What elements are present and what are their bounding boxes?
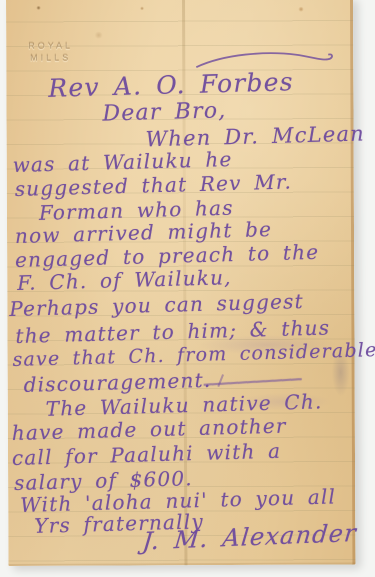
letter-line-salutation: Dear Bro, [102, 98, 227, 126]
stamp-line-2: MILLS [28, 52, 73, 64]
scanned-letter-page: ROYAL MILLS Rev A. O. Forbes Dear Bro, W… [0, 0, 375, 577]
embossed-stamp: ROYAL MILLS [28, 40, 73, 64]
foxing-stain [298, 7, 304, 12]
letter-paper: ROYAL MILLS Rev A. O. Forbes Dear Bro, W… [6, 0, 355, 566]
foxing-stain [140, 6, 144, 10]
stamp-line-1: ROYAL [28, 40, 73, 52]
letter-line: When Dr. McLean [145, 121, 365, 151]
letter-line: F. Ch. of Wailuku, [17, 265, 232, 295]
ink-tick-mark [217, 374, 224, 387]
foxing-stain [94, 32, 103, 39]
letter-line-recipient: Rev A. O. Forbes [48, 67, 294, 103]
foxing-stain [36, 6, 41, 10]
